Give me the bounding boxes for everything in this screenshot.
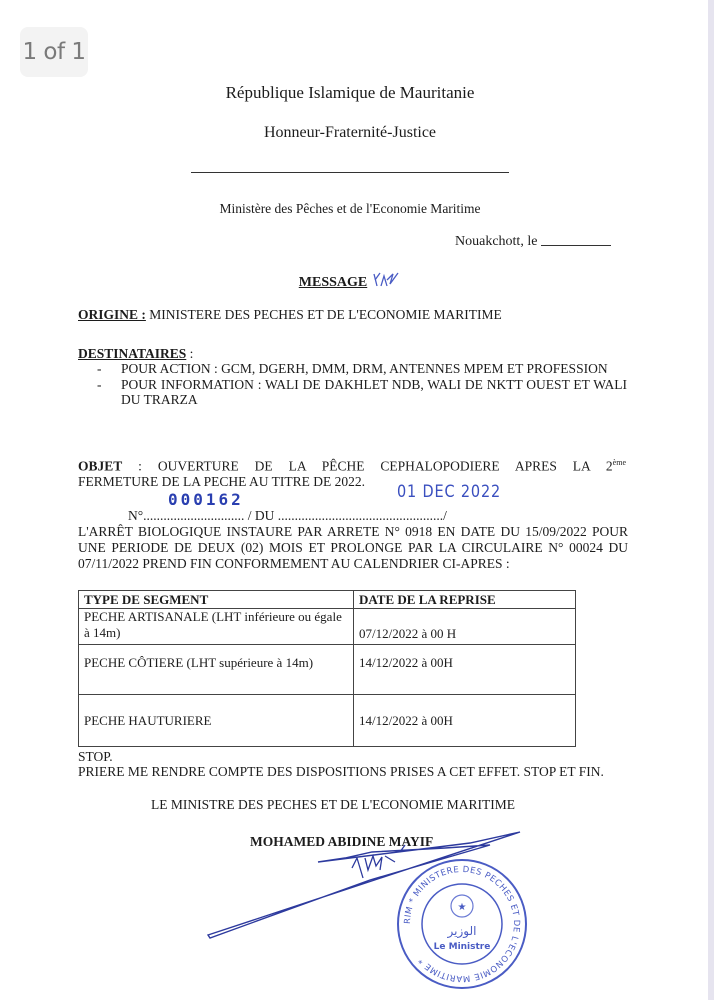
message-title: MESSAGE <box>299 275 367 290</box>
signature-and-seal: ★ الوزير Le Ministre RIM * MINISTERE DES… <box>0 0 714 1000</box>
motto-heading: Honneur-Fraternité-Justice <box>0 124 700 142</box>
column-header-segment: TYPE DE SEGMENT <box>79 591 354 609</box>
objet-label: OBJET <box>78 459 122 474</box>
ministry-heading: Ministère des Pêches et de l'Economie Ma… <box>0 201 700 217</box>
stop-line: STOP. <box>78 749 113 764</box>
origine-value: MINISTERE DES PECHES ET DE L'ECONOMIE MA… <box>149 307 501 322</box>
column-header-date: DATE DE LA REPRISE <box>354 591 576 609</box>
destinataires-heading: DESTINATAIRES : <box>78 346 193 361</box>
message-title-row: MESSAGE <box>0 270 700 291</box>
table-row: PECHE CÔTIERE (LHT supérieure à 14m) 14/… <box>79 645 576 695</box>
destinataires-colon: : <box>186 346 193 361</box>
arret-paragraph: L'ARRÊT BIOLOGIQUE INSTAURE PAR ARRETE N… <box>78 524 628 572</box>
list-item: -POUR ACTION : GCM, DGERH, DMM, DRM, ANT… <box>97 361 627 376</box>
segment-cell: PECHE HAUTURIERE <box>79 695 354 747</box>
page-counter: 1 of 1 <box>20 27 88 77</box>
viewer-scrollbar[interactable] <box>708 0 714 1000</box>
country-heading: République Islamique de Mauritanie <box>0 83 700 103</box>
date-cell: 07/12/2022 à 00 H <box>354 609 576 645</box>
signer-title: LE MINISTRE DES PECHES ET DE L'ECONOMIE … <box>151 797 515 812</box>
signer-name: MOHAMED ABIDINE MAYIF <box>250 834 433 850</box>
header-divider <box>191 172 509 173</box>
svg-text:RIM * MINISTERE DES PECHES ET: RIM * MINISTERE DES PECHES ET DE L'ECONO… <box>403 865 521 983</box>
segment-cell: PECHE ARTISANALE (LHT inférieure ou égal… <box>79 609 354 645</box>
list-item-text: POUR INFORMATION : WALI DE DAKHLET NDB, … <box>121 377 627 407</box>
list-dash: - <box>97 361 102 376</box>
svg-text:الوزير: الوزير <box>447 924 477 939</box>
handwritten-initials-icon <box>371 270 401 290</box>
place-date-line: Nouakchott, le <box>455 234 611 250</box>
destinataires-label: DESTINATAIRES <box>78 346 186 361</box>
stamp-date: 01 DEC 2022 <box>397 482 501 502</box>
stamp-number: 000162 <box>168 490 244 509</box>
list-item-text: POUR ACTION : GCM, DGERH, DMM, DRM, ANTE… <box>121 361 608 376</box>
date-blank <box>541 245 611 246</box>
list-dash: - <box>97 377 102 392</box>
table-row: PECHE ARTISANALE (LHT inférieure ou égal… <box>79 609 576 645</box>
calendar-table: TYPE DE SEGMENT DATE DE LA REPRISE PECHE… <box>78 590 576 747</box>
reference-line: N°.............................. / DU ..… <box>128 508 447 523</box>
segment-cell: PECHE CÔTIERE (LHT supérieure à 14m) <box>79 645 354 695</box>
svg-text:Le Ministre: Le Ministre <box>434 942 491 952</box>
date-cell: 14/12/2022 à 00H <box>354 645 576 695</box>
priere-paragraph: PRIERE ME RENDRE COMPTE DES DISPOSITIONS… <box>78 764 628 779</box>
objet-text: : OUVERTURE DE LA PÊCHE CEPHALOPODIERE A… <box>122 459 612 474</box>
objet-text-line2: FERMETURE DE LA PECHE AU TITRE DE 2022. <box>78 474 626 489</box>
objet-superscript: ème <box>613 458 626 467</box>
place-date-label: Nouakchott, le <box>455 234 537 249</box>
list-item: -POUR INFORMATION : WALI DE DAKHLET NDB,… <box>97 377 627 407</box>
date-cell: 14/12/2022 à 00H <box>354 695 576 747</box>
official-seal-icon: ★ الوزير Le Ministre RIM * MINISTERE DES… <box>398 860 526 988</box>
destinataires-list: -POUR ACTION : GCM, DGERH, DMM, DRM, ANT… <box>97 361 627 408</box>
svg-text:★: ★ <box>458 902 467 913</box>
origine-label: ORIGINE : <box>78 307 146 322</box>
objet-block: OBJET : OUVERTURE DE LA PÊCHE CEPHALOPOD… <box>78 455 626 489</box>
table-header-row: TYPE DE SEGMENT DATE DE LA REPRISE <box>79 591 576 609</box>
table-row: PECHE HAUTURIERE 14/12/2022 à 00H <box>79 695 576 747</box>
origine-line: ORIGINE : MINISTERE DES PECHES ET DE L'E… <box>78 307 502 322</box>
